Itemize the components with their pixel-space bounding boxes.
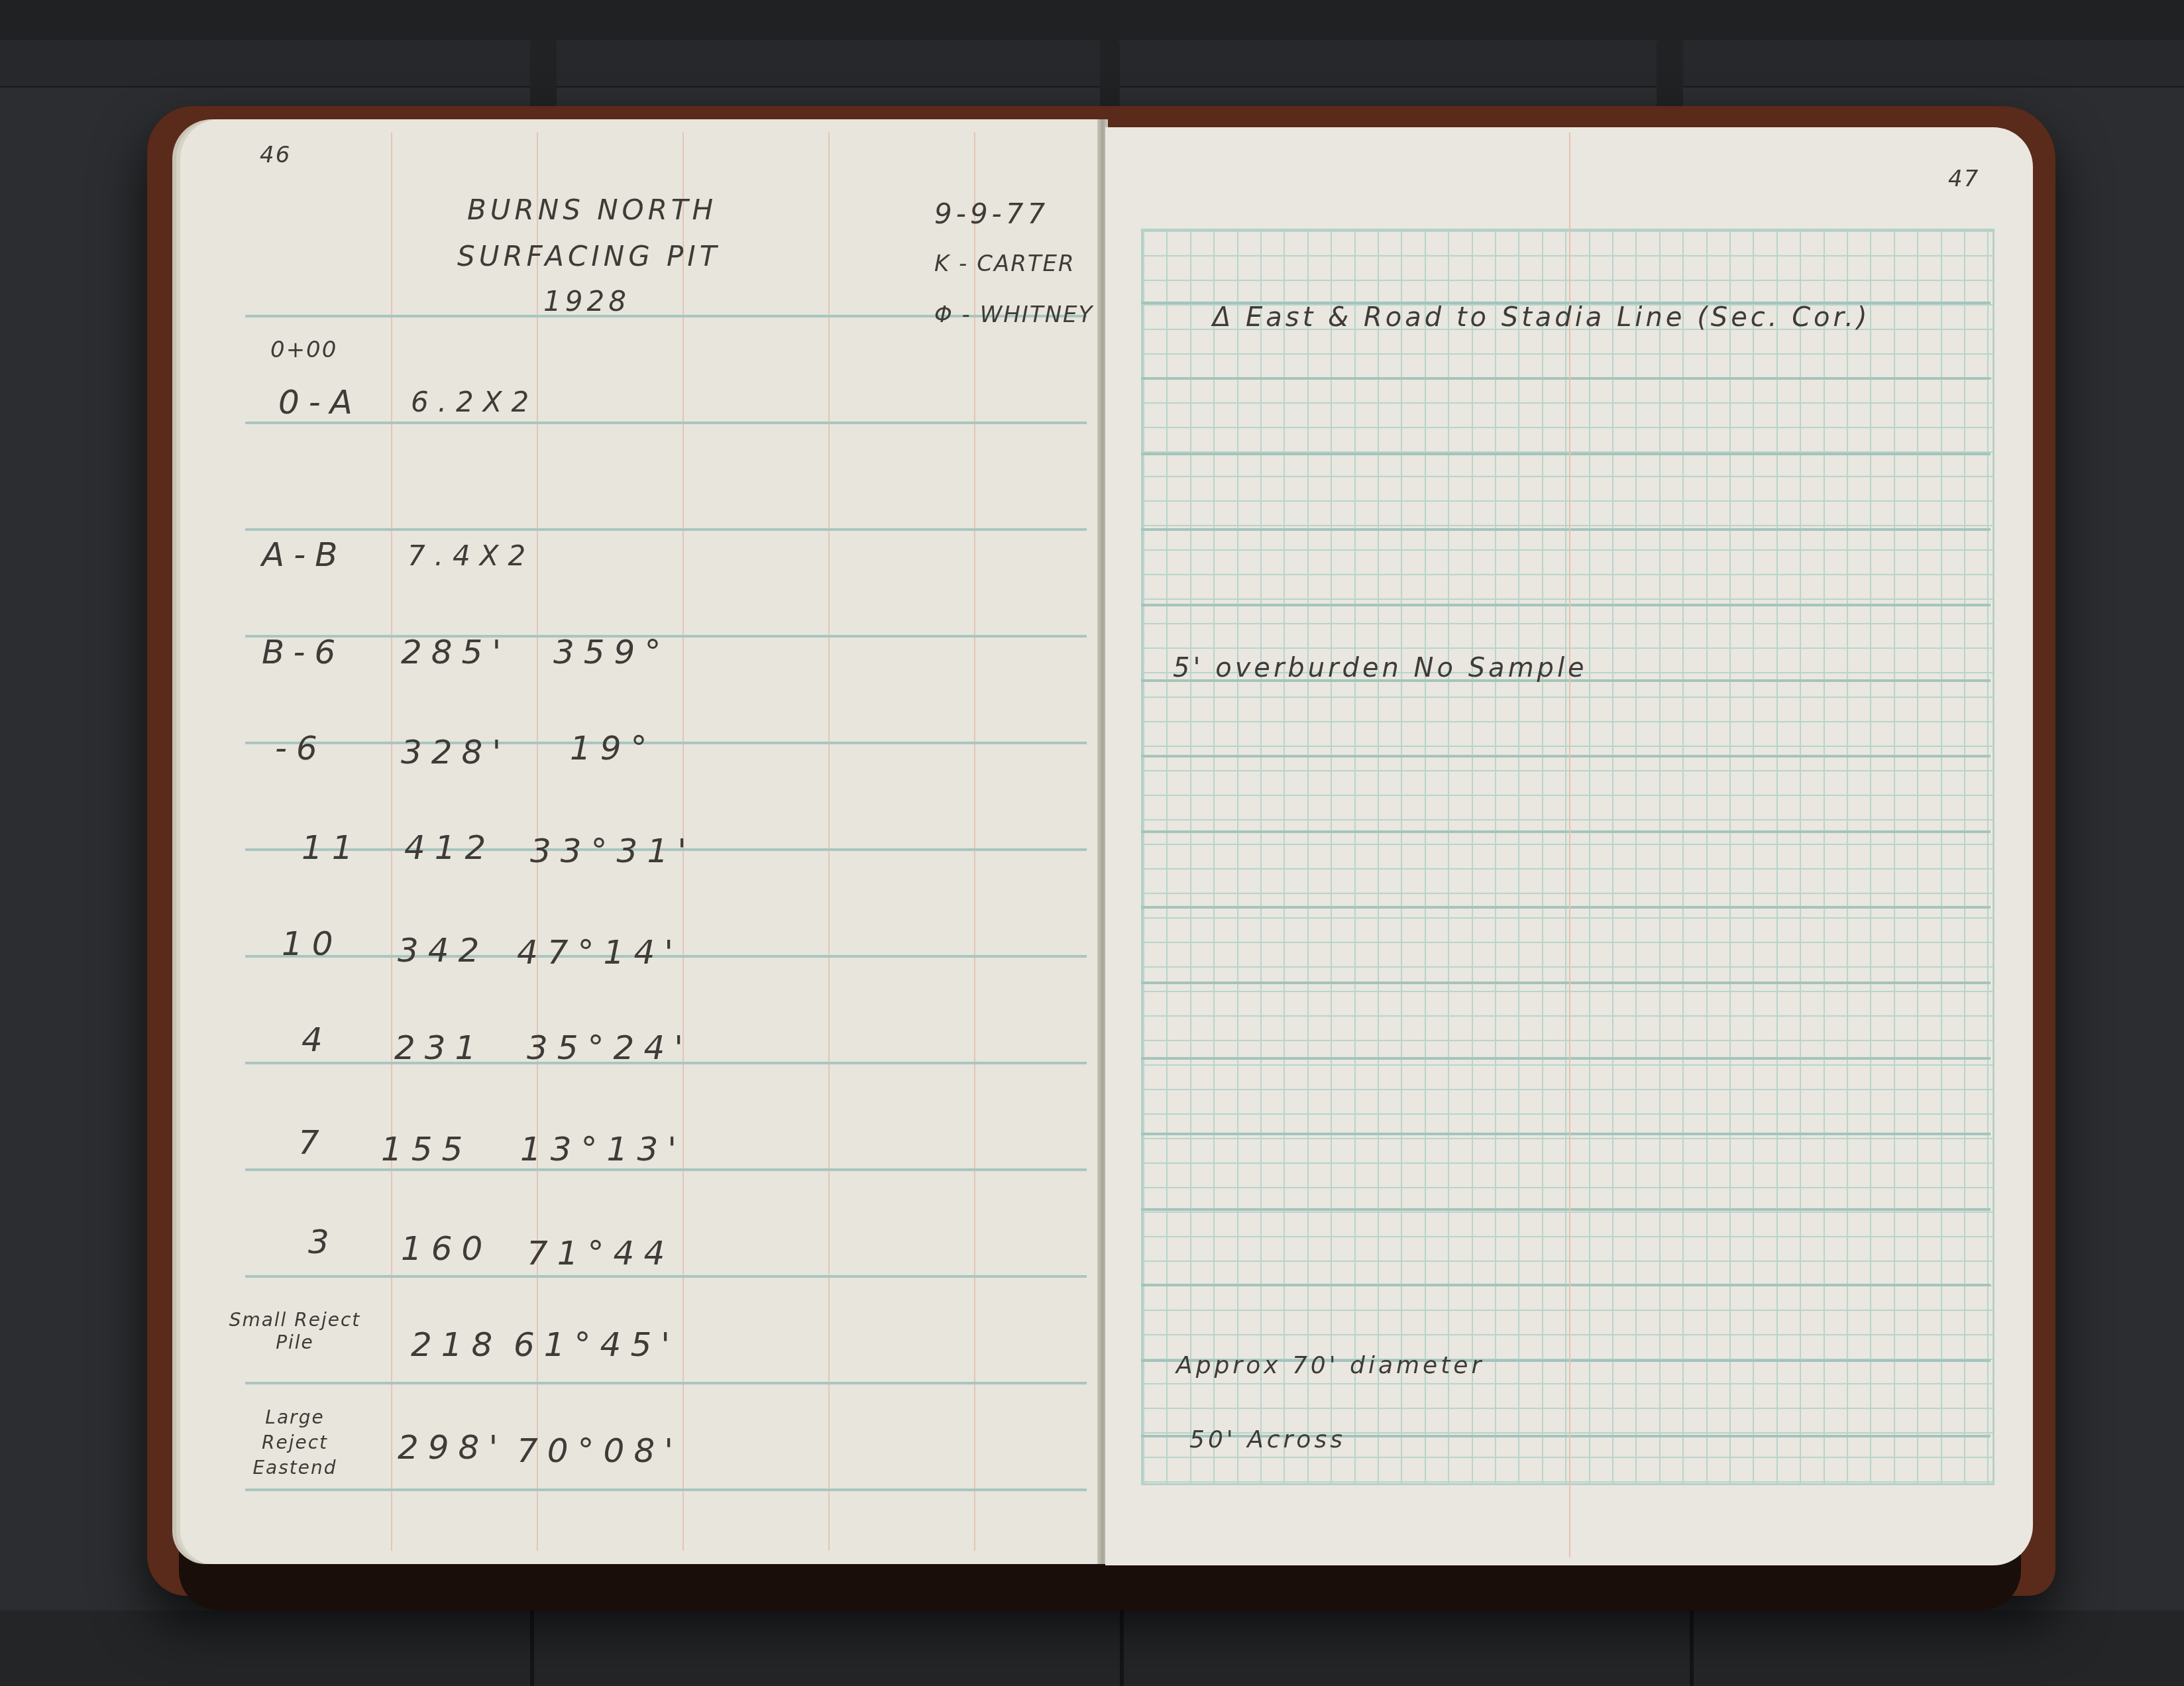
angle-value: 35°24': [527, 1029, 692, 1067]
station-label: 3: [308, 1223, 339, 1261]
angle-value: 359°: [553, 633, 670, 671]
note-line: Approx 70' diameter: [1176, 1352, 1484, 1379]
start-station: 0+00: [270, 337, 337, 363]
title-line-3: 1928: [543, 285, 630, 317]
distance-value: 7.4X2: [408, 539, 535, 572]
distance-value: 231: [394, 1029, 485, 1067]
page-number-left: 46: [260, 142, 291, 168]
background-tray-top: [0, 0, 2184, 40]
page-number-right: 47: [1948, 166, 1979, 192]
angle-value: 61°45': [514, 1325, 679, 1364]
survey-date: 9-9-77: [934, 197, 1049, 230]
station-label: A-B: [262, 535, 347, 574]
background-tray-band: [0, 40, 2184, 87]
crew-member-2: Φ - WHITNEY: [934, 302, 1093, 328]
title-line-2: SURFACING PIT: [457, 240, 720, 272]
title-line-1: BURNS NORTH: [467, 194, 717, 226]
angle-value: 19°: [570, 729, 657, 767]
distance-value: 298': [398, 1428, 507, 1467]
station-label: 11: [301, 828, 362, 867]
distance-value: 6.2X2: [411, 386, 538, 418]
station-label: Large Reject Eastend: [229, 1405, 361, 1481]
angle-value: 71°44: [527, 1234, 674, 1272]
distance-value: 328': [401, 733, 510, 771]
note-line: Δ East & Road to Stadia Line (Sec. Cor.): [1213, 302, 1871, 333]
angle-value: 33°31': [530, 832, 696, 870]
station-label: -6: [275, 729, 327, 767]
station-label: 4: [301, 1021, 332, 1059]
distance-value: 218: [411, 1325, 502, 1364]
station-label: 0-A: [278, 383, 362, 421]
distance-value: 342: [398, 931, 488, 970]
angle-value: 13°13': [520, 1130, 686, 1168]
note-line: 50' Across: [1189, 1426, 1346, 1453]
distance-value: 160: [401, 1229, 492, 1268]
angle-value: 47°14': [517, 933, 682, 972]
station-label: 7: [298, 1123, 329, 1162]
station-label: 10: [282, 925, 343, 963]
distance-value: 412: [404, 828, 495, 867]
center-rule: [1569, 133, 1570, 1557]
distance-value: 285': [401, 633, 510, 671]
crew-member-1: K - CARTER: [934, 251, 1075, 277]
background-tray-bottom: [0, 1610, 2184, 1686]
graph-grid-major-lines: [1141, 229, 1991, 1481]
angle-value: 70°08': [517, 1432, 682, 1470]
station-label: B-6: [262, 633, 345, 671]
distance-value: 155: [381, 1130, 472, 1168]
station-label: Small Reject Pile: [229, 1309, 361, 1354]
note-line: 5' overburden No Sample: [1173, 653, 1588, 683]
